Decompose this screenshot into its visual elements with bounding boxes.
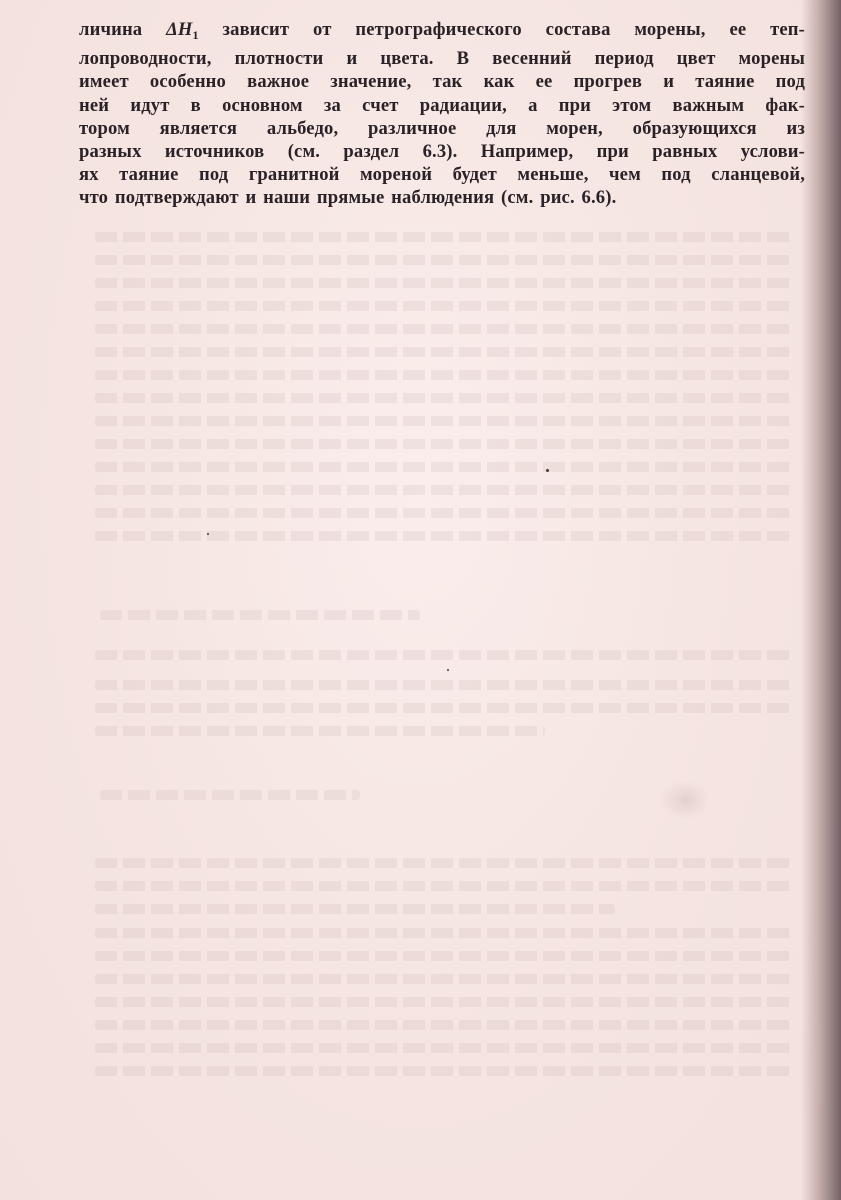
scanned-page: личина ΔH1 зависит от петрографического … [0,0,841,1200]
text-fragment: личина [79,19,166,40]
text-line: что подтверждают и наши прямые наблюдени… [79,186,805,209]
text-line: ях таяние под гранитной мореной будет ме… [79,163,805,186]
book-spine-shadow [801,0,841,1200]
paper-speck [207,533,209,535]
text-line: ней идут в основном за счет радиации, а … [79,94,805,117]
text-fragment: зависит от петрографического состава мор… [199,19,805,40]
paper-speck [447,669,449,671]
paper-speck [546,469,549,472]
text-line: тором является альбедо, различное для мо… [79,117,805,140]
math-symbol: ΔH [166,19,192,40]
text-line: лопроводности, плотности и цвета. В весе… [79,47,805,70]
paper-smudge [660,780,710,820]
math-delta-h1: ΔH1 [166,19,199,40]
text-line: личина ΔH1 зависит от петрографического … [79,18,805,47]
text-line: разных источников (см. раздел 6.3). Напр… [79,140,805,163]
body-paragraph: личина ΔH1 зависит от петрографического … [79,18,805,210]
text-line: имеет особенно важное значение, так как … [79,70,805,93]
